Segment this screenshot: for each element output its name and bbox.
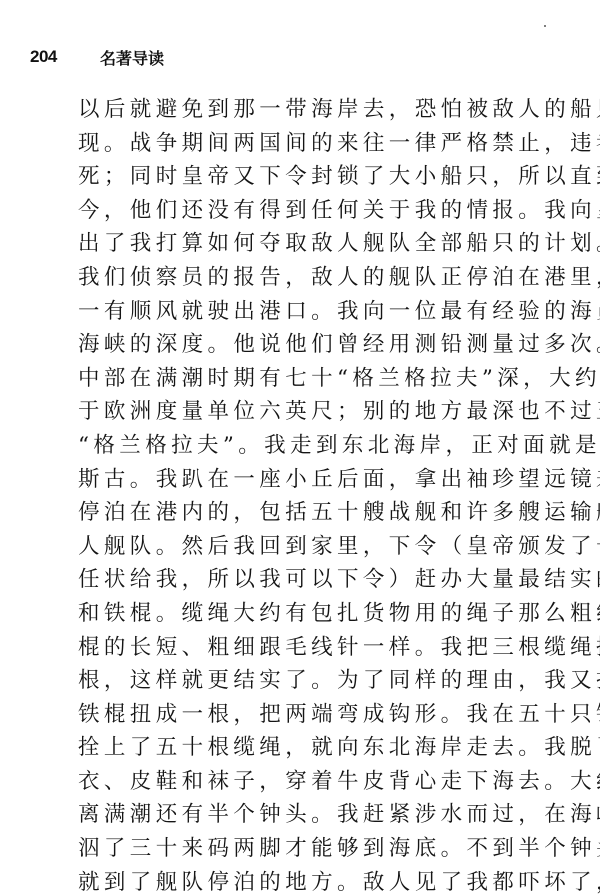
text-line: 一有顺风就驶出港口。我向一位最有经验的海员打听 — [78, 295, 558, 329]
text-line: 人舰队。然后我回到家里，下令（皇帝颁发了一份委 — [78, 530, 558, 564]
text-line: 今，他们还没有得到任何关于我的情报。我向皇帝提 — [78, 194, 558, 228]
text-line: 棍的长短、粗细跟毛线针一样。我把三根缆绳搓成一 — [78, 631, 558, 665]
scan-speck — [544, 25, 546, 27]
text-line: 中部在满潮时期有七十“格兰格拉夫”深，大约相当 — [78, 362, 558, 396]
text-line: 现。战争期间两国间的来往一律严格禁止，违者处 — [78, 127, 558, 161]
running-title: 名著导读 — [100, 46, 164, 69]
text-line: “格兰格拉夫”。我走到东北海岸，正对面就是不来夫 — [78, 429, 558, 463]
text-line: 海峡的深度。他说他们曾经用测铅测量过多次。海峡 — [78, 328, 558, 362]
text-line: 铁棍扭成一根，把两端弯成钩形。我在五十只钩子上 — [78, 698, 558, 732]
page-number: 204 — [30, 47, 100, 67]
page-header: 204 名著导读 — [30, 44, 164, 70]
text-line: 以后就避免到那一带海岸去，恐怕被敌人的船只发 — [78, 93, 558, 127]
text-line: 拴上了五十根缆绳，就向东北海岸走去。我脱了上 — [78, 731, 558, 765]
text-line: 根，这样就更结实了。为了同样的理由，我又把三根 — [78, 664, 558, 698]
text-line: 我们侦察员的报告，敌人的舰队正停泊在港里，准备 — [78, 261, 558, 295]
text-line: 死；同时皇帝又下令封锁了大小船只，所以直到如 — [78, 160, 558, 194]
text-line: 和铁棍。缆绳大约有包扎货物用的绳子那么粗细，铁 — [78, 597, 558, 631]
text-line: 于欧洲度量单位六英尺；别的地方最深也不过五十 — [78, 395, 558, 429]
text-line: 泅了三十来码两脚才能够到海底。不到半个钟头，我 — [78, 832, 558, 866]
text-line: 任状给我，所以我可以下令）赶办大量最结实的缆绳 — [78, 563, 558, 597]
text-line: 衣、皮鞋和袜子，穿着牛皮背心走下海去。大约这时 — [78, 765, 558, 799]
text-line: 斯古。我趴在一座小丘后面，拿出袖珍望远镜来观察 — [78, 463, 558, 497]
text-line: 离满潮还有半个钟头。我赶紧涉水而过，在海峡中部 — [78, 798, 558, 832]
body-text: 以后就避免到那一带海岸去，恐怕被敌人的船只发 现。战争期间两国间的来往一律严格禁… — [78, 93, 558, 896]
text-line: 出了我打算如何夺取敌人舰队全部船只的计划。根据 — [78, 227, 558, 261]
text-line: 就到了舰队停泊的地方。敌人见了我都吓坏了，就从 — [78, 866, 558, 896]
text-line: 停泊在港内的，包括五十艘战舰和许多艘运输舰的敌 — [78, 496, 558, 530]
